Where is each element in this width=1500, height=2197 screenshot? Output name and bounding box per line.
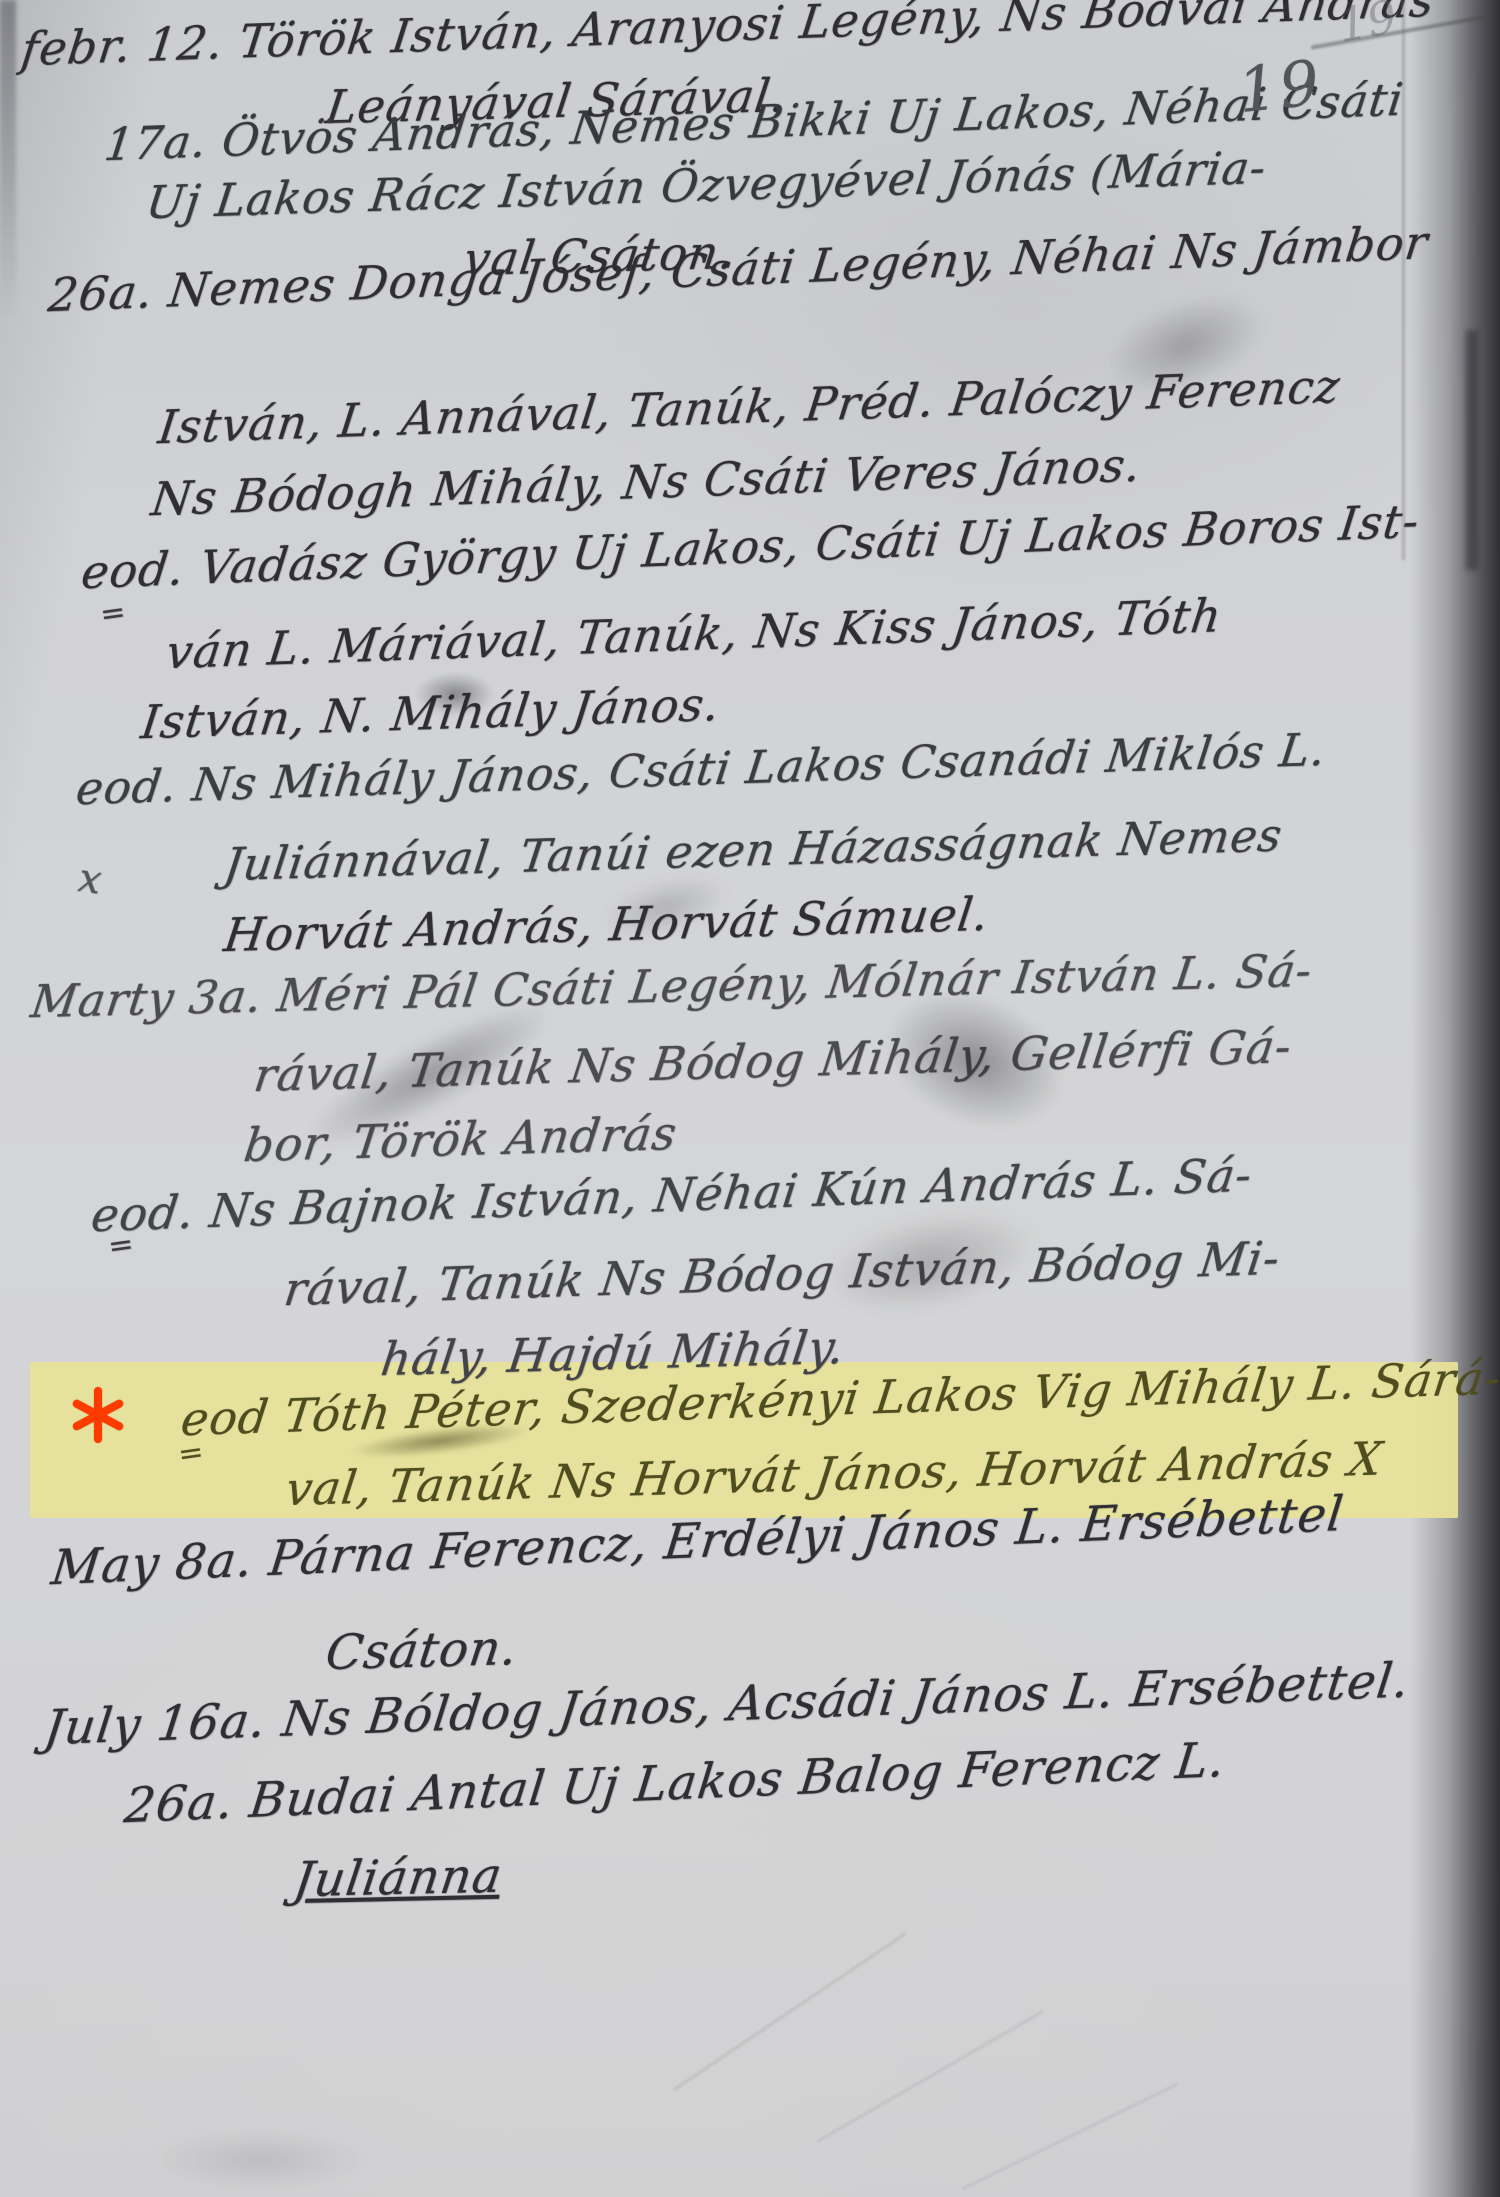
manuscript-line: febr. 12. Török István, Aranyosi Legény,… bbox=[18, 0, 1438, 76]
margin-mark: = bbox=[98, 594, 129, 632]
manuscript-line: Csáton. bbox=[323, 1620, 522, 1681]
manuscript-line: Juliánnával, Tanúi ezen Házasságnak Neme… bbox=[221, 808, 1286, 891]
margin-mark: = bbox=[176, 1434, 207, 1472]
bleed-through-mark bbox=[817, 2010, 1044, 2143]
record-marker-asterisk-icon[interactable] bbox=[70, 1385, 126, 1443]
margin-mark: = bbox=[106, 1226, 137, 1264]
manuscript-line: bor, Török András bbox=[241, 1106, 680, 1172]
manuscript-line: rával, Tanúk Ns Bódog Mihály, Gellérfi G… bbox=[251, 1019, 1295, 1102]
manuscript-line: ván L. Máriával, Tanúk, Ns Kiss János, T… bbox=[163, 588, 1225, 679]
bleed-through-mark bbox=[961, 2083, 1178, 2191]
page-edge-shadow bbox=[0, 0, 16, 320]
bleed-through-mark bbox=[150, 2130, 370, 2190]
bleed-through-mark bbox=[673, 1932, 907, 2091]
manuscript-line: István, L. Annával, Tanúk, Préd. Palóczy… bbox=[155, 359, 1343, 455]
margin-mark: x bbox=[76, 855, 106, 904]
corner-page-number: 19 bbox=[1334, 0, 1401, 53]
manuscript-page-scan: febr. 12. Török István, Aranyosi Legény,… bbox=[0, 0, 1500, 2197]
page-edge-shadow bbox=[1466, 330, 1478, 570]
page-number: 19 bbox=[1234, 46, 1324, 127]
manuscript-line: István, N. Mihály János. bbox=[138, 677, 723, 749]
manuscript-line: 26a. Nemes Donga Jósef, Csáti Legény, Né… bbox=[46, 215, 1432, 322]
manuscript-line: rával, Tanúk Ns Bódog István, Bódog Mi- bbox=[281, 1231, 1283, 1317]
manuscript-line: Juliánna bbox=[290, 1848, 506, 1909]
manuscript-line: Horvát András, Horvát Sámuel. bbox=[221, 887, 993, 963]
